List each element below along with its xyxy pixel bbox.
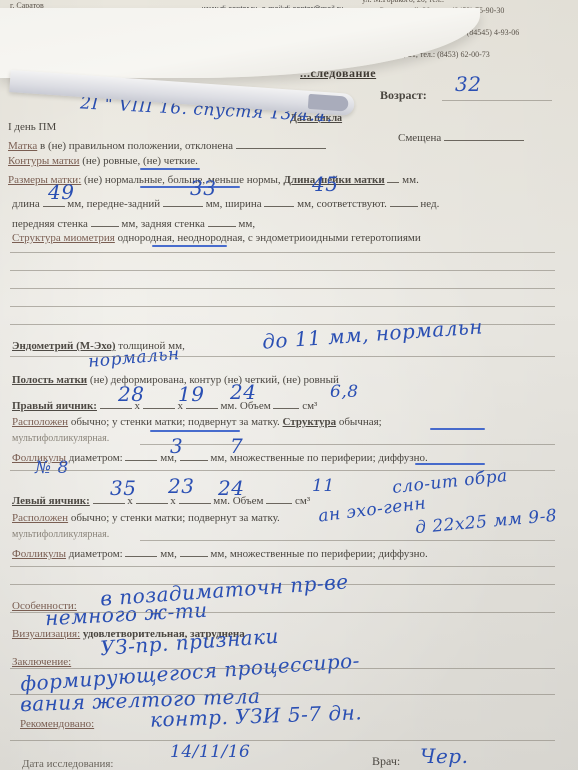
age-label: Возраст: [380, 88, 427, 103]
right-ovary-volume: 6,8 [330, 382, 359, 402]
blank [91, 216, 119, 227]
underline-mark [415, 463, 485, 465]
blank-line [140, 444, 555, 445]
blank [136, 493, 168, 504]
walls-row: передняя стенка мм, задняя стенка мм, [12, 216, 255, 230]
date-label: Дата исследования: [22, 758, 113, 770]
blank-line [10, 288, 555, 289]
blank [266, 493, 292, 504]
follicles-text: мм, множественные по периферии; диффузно… [210, 548, 427, 560]
age-line [442, 100, 552, 101]
blank [125, 450, 157, 461]
blank-line [10, 270, 555, 271]
uterus-text: в (не) правильном положении, отклонена [40, 140, 233, 152]
left-located-row: Расположен обычно; у стенки матки; подве… [12, 512, 280, 524]
left-ovary-note-3: д 22х25 мм 9-8 [414, 506, 558, 538]
left-ovary-ap: 23 [168, 474, 194, 498]
front-wall-label: передняя стенка [12, 218, 88, 230]
doctor-label: Врач: [372, 754, 400, 769]
structure-label: Структура [283, 416, 337, 428]
left-ovary-length: 35 [110, 476, 136, 500]
left-ovary-label: Левый яичник: [12, 495, 90, 507]
diameter-label: диаметром: [69, 548, 123, 560]
length-value: 49 [48, 180, 74, 204]
left-follicles-row: Фолликулы диаметром: мм, мм, множественн… [12, 546, 428, 560]
cavity-row: Полость матки (не) деформирована, контур… [12, 374, 339, 386]
shifted-label: Смещена [398, 132, 441, 144]
blank [444, 130, 524, 141]
right-follicles-count: № 8 [35, 458, 69, 478]
right-ovary-label: Правый яичник: [12, 400, 97, 412]
blank-line [10, 566, 555, 567]
multifollicular: мультифолликулярная. [12, 433, 109, 444]
back-wall-label: мм, задняя стенка [121, 218, 205, 230]
unit: мм. [402, 174, 419, 186]
blank-line [140, 540, 555, 541]
recommended-label: Рекомендовано: [20, 718, 94, 730]
left-ovary-width: 24 [218, 476, 244, 500]
visualization-label: Визуализация: [12, 628, 80, 640]
underline-mark [152, 245, 227, 247]
underline-mark [150, 430, 240, 432]
width-value: 45 [312, 172, 338, 196]
blank [273, 398, 299, 409]
length-label: длина [12, 198, 40, 210]
located-text: обычно; у стенки матки; подвернут за мат… [71, 416, 280, 428]
located-label: Расположен [12, 512, 68, 524]
blank [264, 196, 294, 207]
pen-tip [308, 94, 349, 112]
uterus-label: Матка [8, 140, 37, 152]
contours-label: Контуры матки [8, 155, 80, 167]
blank [390, 196, 418, 207]
right-ovary-ap: 19 [178, 382, 204, 406]
blank [143, 398, 175, 409]
right-follicles-row: Фолликулы диаметром: мм, мм, множественн… [12, 450, 428, 464]
blank [180, 546, 208, 557]
blank-line [10, 306, 555, 307]
right-ovary-length: 28 [118, 382, 144, 406]
age-value: 32 [455, 72, 481, 96]
right-ovary-row: Правый яичник: х х мм. Объем см³ [12, 398, 317, 412]
right-ovary-width: 24 [230, 380, 256, 404]
endometrium-value: до 11 мм, нормальн [261, 314, 483, 353]
contours-row: Контуры матки (не) ровные, (не) четкие. [8, 155, 198, 167]
medical-form-sheet: г. Саратов ул. Московская, 23, тел.: (84… [0, 0, 578, 770]
form-title: ...следование [300, 66, 376, 81]
right-follicle-min: 3 [170, 434, 183, 458]
blank [208, 216, 236, 227]
multifollicular: мультифолликулярная. [12, 529, 109, 540]
contours-text: (не) ровные, (не) четкие. [82, 155, 198, 167]
right-located-row: Расположен обычно; у стенки матки; подве… [12, 416, 382, 428]
cavity-label: Полость матки [12, 374, 87, 386]
follicles-label: Фолликулы [12, 548, 66, 560]
blank [387, 172, 399, 183]
diameter-label: диаметром: [69, 452, 123, 464]
structure-text: обычная; [339, 416, 382, 428]
length-row: длина мм, передне-задний мм, ширина мм, … [12, 196, 439, 210]
left-ovary-note-2: ан эхо-генн [317, 493, 427, 526]
date-value: 14/11/16 [170, 742, 250, 762]
underline-mark [140, 168, 200, 170]
unit: см³ [295, 495, 310, 507]
blank-line [10, 740, 555, 741]
blank [180, 450, 208, 461]
left-ovary-volume: 11 [312, 476, 335, 496]
uterus-row: Матка в (не) правильном положении, откло… [8, 138, 326, 152]
sizes-text: (не) нормальные, больше, меньше нормы, [84, 174, 281, 186]
unit: мм, [160, 548, 177, 560]
blank-line [10, 356, 555, 357]
blank-line [10, 694, 555, 695]
blank-line [10, 668, 555, 669]
recommended-row: Рекомендовано: [20, 718, 94, 730]
day-pm-label: I день ПМ [8, 121, 56, 133]
shifted-row: Смещена [398, 130, 524, 144]
blank [236, 138, 326, 149]
underline-mark [430, 428, 485, 430]
blank-line [10, 612, 555, 613]
myometrium-label: Структура миометрия [12, 232, 115, 244]
unit: см³ [302, 400, 317, 412]
ap-label: мм, передне-задний [67, 198, 160, 210]
right-follicle-max: 7 [230, 434, 243, 458]
doctor-signature: Чер. [420, 744, 468, 768]
conclusion-label: Заключение: [12, 656, 71, 668]
located-label: Расположен [12, 416, 68, 428]
unit: нед. [420, 198, 439, 210]
myometrium-text: однородная, неоднородная, с эндометриоид… [118, 232, 421, 244]
conclusion-row: Заключение: [12, 656, 71, 668]
blank-line [10, 252, 555, 253]
ap-value: 33 [190, 176, 216, 200]
located-text: обычно; у стенки матки; подвернут за мат… [71, 512, 280, 524]
blank [125, 546, 157, 557]
unit: мм, [238, 218, 255, 230]
left-ovary-row: Левый яичник: х х мм. Объем см³ [12, 493, 310, 507]
matches-label: мм, соответствуют. [297, 198, 387, 210]
myometrium-row: Структура миометрия однородная, неодноро… [12, 232, 421, 244]
